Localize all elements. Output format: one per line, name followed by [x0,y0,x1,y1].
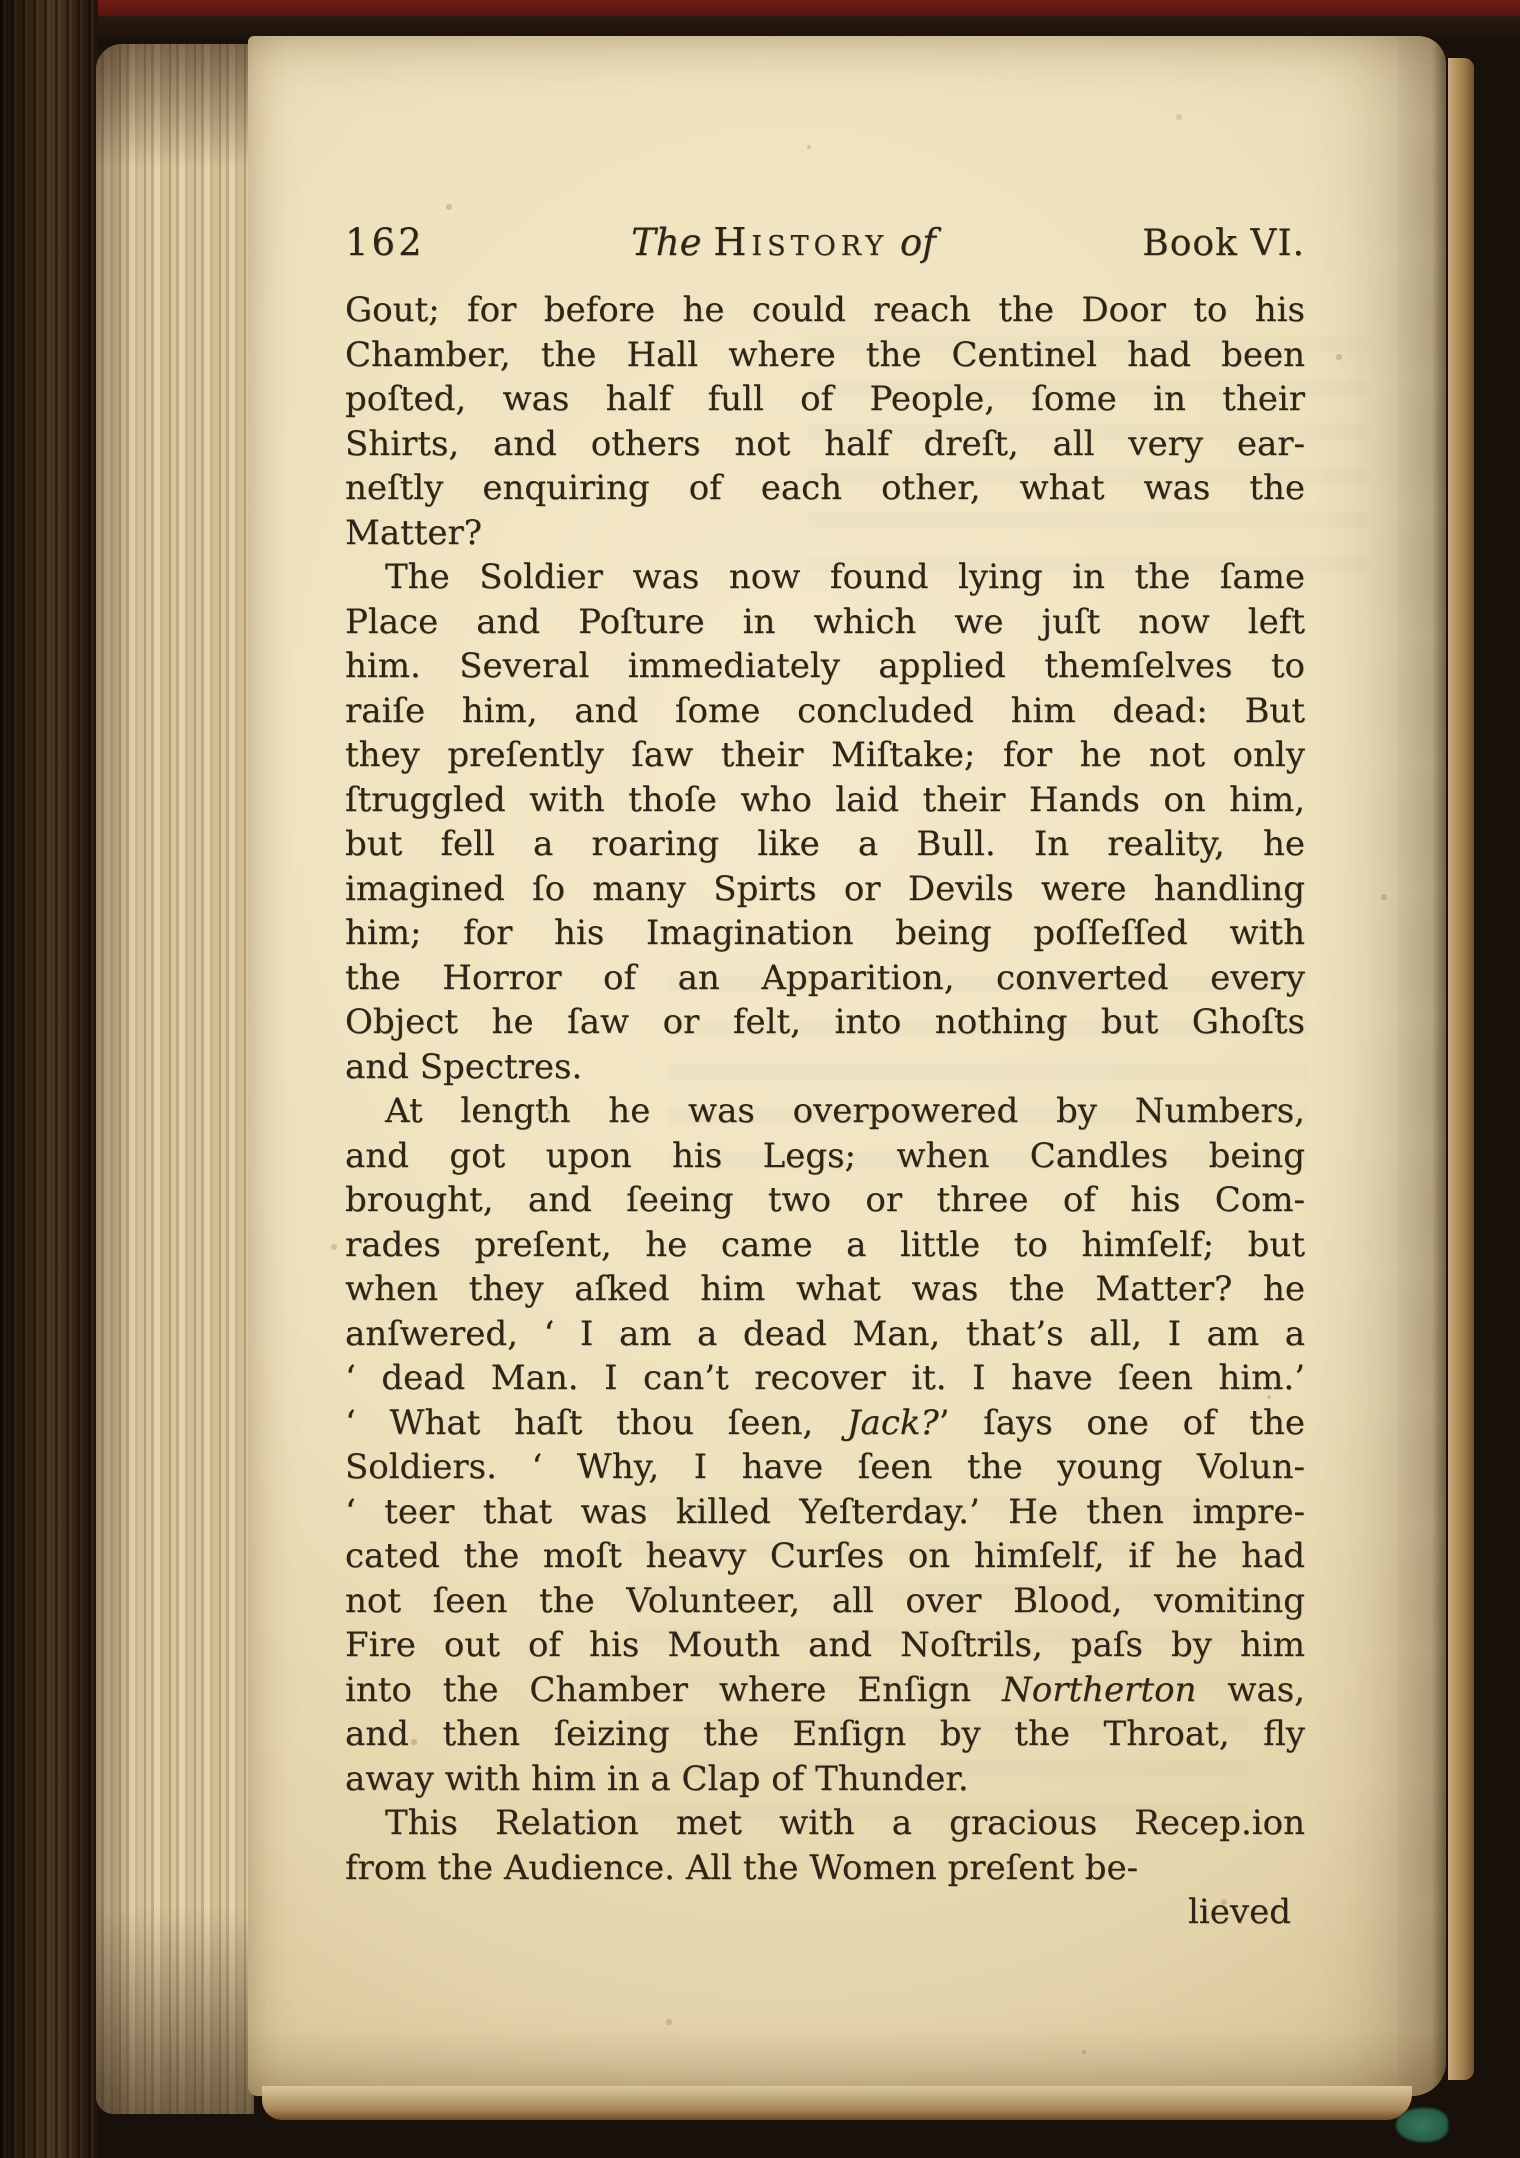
text-line: Gout; for before he could reach the Door… [345,288,1305,333]
text-line: ‘ teer that was killed Yeſterday.’ He th… [345,1490,1305,1535]
text-segment: ’ ſays one of the [939,1403,1305,1443]
text-line: Object he ſaw or felt, into nothing but … [345,1000,1305,1045]
text-line: The Soldier was now found lying in the ſ… [345,555,1305,600]
text-segment: This Relation met with a gracious Recep.… [385,1803,1305,1843]
bottom-page-edges [262,2086,1412,2120]
book-page: 162 The History of Book VI. Gout; for be… [248,36,1446,2096]
text-segment: Fire out of his Mouth and Noſtrils, paſs… [345,1625,1305,1665]
text-segment: ‘ dead Man. I can’t recover it. I have ſ… [345,1358,1305,1398]
running-title-main: History [713,220,888,264]
running-title-the: The [631,221,701,264]
text-segment: when they aſked him what was the Matter?… [345,1269,1305,1309]
text-line: brought, and ſeeing two or three of his … [345,1178,1305,1223]
text-segment: Shirts, and others not half dreſt, all v… [345,424,1305,464]
text-segment: Gout; for before he could reach the Door… [345,290,1305,330]
text-line: raiſe him, and ſome concluded him dead: … [345,689,1305,734]
text-segment: Chamber, the Hall where the Centinel had… [345,335,1305,375]
text-segment: and Spectres. [345,1047,582,1087]
running-title: The History of [631,220,936,264]
left-page-edges [96,44,254,2114]
paragraph: The Soldier was now found lying in the ſ… [345,555,1305,1089]
text-line: cated the moſt heavy Curſes on himſelf, … [345,1534,1305,1579]
text-line: not ſeen the Volunteer, all over Blood, … [345,1579,1305,1624]
text-segment: Soldiers. ‘ Why, I have ſeen the young V… [345,1447,1305,1487]
page-number: 162 [345,221,425,264]
paragraph: At length he was overpowered by Numbers,… [345,1089,1305,1801]
text-line: the Horror of an Apparition, converted e… [345,956,1305,1001]
text-segment: neſtly enquiring of each other, what was… [345,468,1305,508]
text-line: Chamber, the Hall where the Centinel had… [345,333,1305,378]
text-line: but fell a roaring like a Bull. In reali… [345,822,1305,867]
text-segment: not ſeen the Volunteer, all over Blood, … [345,1581,1305,1621]
text-segment: was, [1196,1670,1305,1710]
text-line: neſtly enquiring of each other, what was… [345,466,1305,511]
running-title-of: of [900,221,936,264]
text-segment: cated the moſt heavy Curſes on himſelf, … [345,1536,1305,1576]
teal-mark [1396,2108,1448,2142]
text-segment: the Horror of an Apparition, converted e… [345,958,1305,998]
text-segment: poſted, was half full of People, ſome in… [345,379,1305,419]
text-line: anſwered, ‘ I am a dead Man, that’s all,… [345,1312,1305,1357]
text-line: ‘ dead Man. I can’t recover it. I have ſ… [345,1356,1305,1401]
text-line: Matter? [345,511,1305,556]
photo-border-top [0,0,1520,16]
text-segment: raiſe him, and ſome concluded him dead: … [345,691,1305,731]
italic-word: Northerton [1002,1670,1196,1710]
text-line: into the Chamber where Enſign Northerton… [345,1668,1305,1713]
text-line: and Spectres. [345,1045,1305,1090]
running-header: 162 The History of Book VI. [345,220,1305,264]
text-segment: anſwered, ‘ I am a dead Man, that’s all,… [345,1314,1305,1354]
text-line: when they aſked him what was the Matter?… [345,1267,1305,1312]
text-line: and then ſeizing the Enſign by the Throa… [345,1712,1305,1757]
text-segment: ſtruggled with thoſe who laid their Hand… [345,780,1305,820]
text-segment: ‘ What haſt thou ſeen, [345,1403,847,1443]
page-text-block: Gout; for before he could reach the Door… [345,288,1305,1935]
text-line: away with him in a Clap of Thunder. [345,1757,1305,1802]
book-number-label: Book VI. [1142,223,1305,264]
text-segment: from the Audience. All the Women preſent… [345,1848,1138,1888]
text-line: him; for his Imagination being poſſeſſed… [345,911,1305,956]
right-page-edge [1448,58,1474,2080]
text-segment: The Soldier was now found lying in the ſ… [385,557,1305,597]
text-segment: imagined ſo many Spirts or Devils were h… [345,869,1305,909]
foxing-spots [248,36,250,38]
italic-word: Jack? [847,1403,939,1443]
text-segment: brought, and ſeeing two or three of his … [345,1180,1305,1220]
paragraph: Gout; for before he could reach the Door… [345,288,1305,555]
text-line: him. Several immediately applied themſel… [345,644,1305,689]
text-segment: him. Several immediately applied themſel… [345,646,1305,686]
text-line: Soldiers. ‘ Why, I have ſeen the young V… [345,1445,1305,1490]
text-segment: Object he ſaw or felt, into nothing but … [345,1002,1305,1042]
text-line: imagined ſo many Spirts or Devils were h… [345,867,1305,912]
text-line: and got upon his Legs; when Candles bein… [345,1134,1305,1179]
book-spine [0,0,98,2158]
text-segment: rades preſent, he came a little to himſe… [345,1225,1305,1265]
text-line: poſted, was half full of People, ſome in… [345,377,1305,422]
text-line: Fire out of his Mouth and Noſtrils, paſs… [345,1623,1305,1668]
text-segment: away with him in a Clap of Thunder. [345,1759,969,1799]
text-segment: him; for his Imagination being poſſeſſed… [345,913,1305,953]
paragraph: This Relation met with a gracious Recep.… [345,1801,1305,1890]
catchword: lieved [345,1890,1305,1935]
text-line: rades preſent, he came a little to himſe… [345,1223,1305,1268]
text-segment: Place and Poſture in which we juſt now l… [345,602,1305,642]
text-line: they preſently ſaw their Miſtake; for he… [345,733,1305,778]
text-line: ‘ What haſt thou ſeen, Jack?’ ſays one o… [345,1401,1305,1446]
text-line: Place and Poſture in which we juſt now l… [345,600,1305,645]
text-line: At length he was overpowered by Numbers, [345,1089,1305,1134]
text-segment: At length he was overpowered by Numbers, [385,1091,1305,1131]
text-line: Shirts, and others not half dreſt, all v… [345,422,1305,467]
text-segment: and got upon his Legs; when Candles bein… [345,1136,1305,1176]
text-line: ſtruggled with thoſe who laid their Hand… [345,778,1305,823]
text-segment: ‘ teer that was killed Yeſterday.’ He th… [345,1492,1305,1532]
text-segment: but fell a roaring like a Bull. In reali… [345,824,1305,864]
photo-border-top-shadow [0,16,1520,38]
text-line: from the Audience. All the Women preſent… [345,1846,1305,1891]
text-segment: they preſently ſaw their Miſtake; for he… [345,735,1305,775]
text-segment: and then ſeizing the Enſign by the Throa… [345,1714,1305,1754]
text-line: This Relation met with a gracious Recep.… [345,1801,1305,1846]
text-segment: Matter? [345,513,482,553]
text-segment: into the Chamber where Enſign [345,1670,1002,1710]
